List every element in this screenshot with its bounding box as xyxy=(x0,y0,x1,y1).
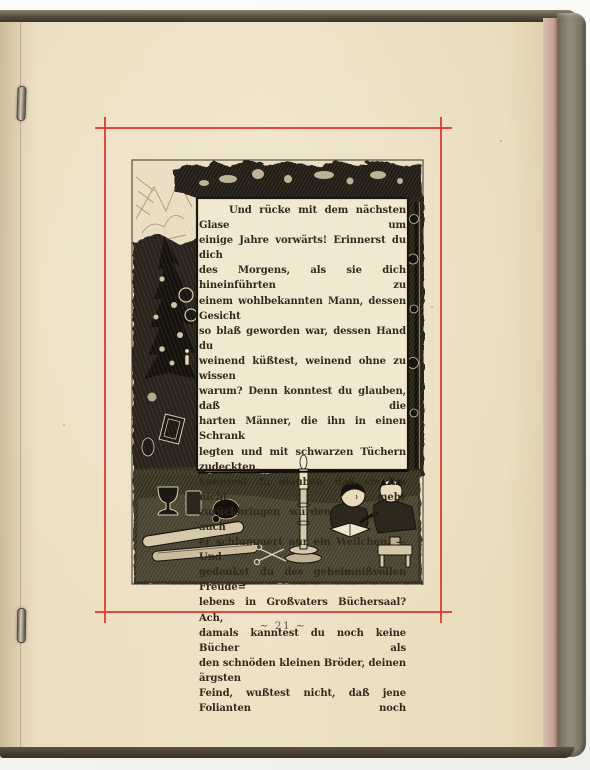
text-line: konntest du glauben, daß sie ihn nicht m… xyxy=(199,475,406,505)
paper-speck xyxy=(431,306,433,308)
paper-speck xyxy=(63,424,65,426)
text-line: warum? Denn konntest du glauben, daß die xyxy=(199,384,406,414)
text-line: harten Männer, die ihn in einen Schrank xyxy=(199,414,406,444)
paper-speck xyxy=(500,140,502,142)
page-text: Und rücke mit dem nächsten Glase umeinig… xyxy=(199,203,406,716)
text-line: einem wohlbekannten Mann, dessen Gesicht xyxy=(199,294,406,324)
text-line: so blaß geworden war, dessen Hand du xyxy=(199,324,406,354)
crop-mark-right xyxy=(440,117,442,623)
page-number: ~ 21 ~ xyxy=(113,620,453,632)
text-line: weinend küßtest, weinend ohne zu wissen xyxy=(199,354,406,384)
text-line: er schlummert nur ein Weilchen. — Und xyxy=(199,535,406,565)
staple-icon xyxy=(17,608,27,643)
staple-icon xyxy=(16,86,26,121)
book-photo: Und rücke mit dem nächsten Glase umeinig… xyxy=(0,0,590,770)
book-top-edge xyxy=(0,10,576,22)
book-bottom-edge xyxy=(0,747,574,758)
crop-mark-top xyxy=(95,127,452,129)
text-line: Feind, wußtest nicht, daß jene Folianten… xyxy=(199,686,406,716)
text-line: des Morgens, als sie dich hineinführten … xyxy=(199,263,406,293)
book-cover-right-edge xyxy=(557,13,586,757)
text-line: den schnöden kleinen Bröder, deinen ärgs… xyxy=(199,656,406,686)
text-line: Und rücke mit dem nächsten Glase um xyxy=(199,203,406,233)
text-line: einige Jahre vorwärts! Erinnerst du dich xyxy=(199,233,406,263)
crop-mark-left xyxy=(104,117,106,623)
text-line: gedenkst du des geheimnißvollen Freude= xyxy=(199,565,406,595)
text-line: legten und mit schwarzen Tüchern zudeckt… xyxy=(199,445,406,475)
text-line: zurückbringen würden? Sei ruhig, auch xyxy=(199,505,406,535)
